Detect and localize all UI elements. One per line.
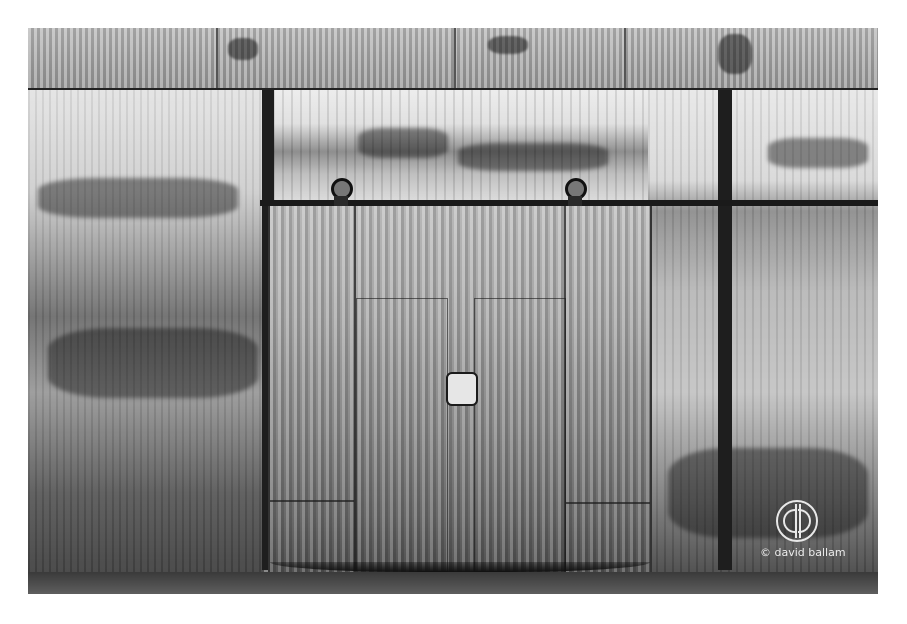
corrugated-roof-strip xyxy=(28,28,878,90)
corrugated-door xyxy=(268,206,652,572)
roller-hanger xyxy=(330,174,352,208)
photographer-credit: © david ballam xyxy=(760,546,880,559)
grime-patch xyxy=(38,178,238,218)
door-crossbar xyxy=(566,502,650,504)
door-crossbar xyxy=(270,500,354,502)
rust-stain xyxy=(228,38,258,60)
grime-patch xyxy=(768,138,868,168)
rust-stain xyxy=(488,36,528,54)
panel-seam xyxy=(624,28,626,88)
grime-patch xyxy=(358,128,448,158)
door-latch-icon xyxy=(446,372,478,406)
logo-stroke xyxy=(798,509,811,533)
wood-post xyxy=(718,90,732,570)
rusted-door-bottom xyxy=(270,562,650,572)
grime-patch xyxy=(458,143,608,171)
grime-patch xyxy=(668,448,868,538)
roller-hanger xyxy=(564,174,586,208)
door-inset-panel xyxy=(474,298,566,572)
ground xyxy=(28,572,878,594)
grime-patch xyxy=(48,328,258,398)
panel-seam xyxy=(454,28,456,88)
rust-stain xyxy=(718,34,752,74)
door-inset-panel xyxy=(356,298,448,572)
db-monogram-logo-icon xyxy=(776,500,818,542)
barn-door-photograph xyxy=(28,28,878,594)
panel-seam xyxy=(216,28,218,88)
logo-stroke xyxy=(795,504,797,538)
